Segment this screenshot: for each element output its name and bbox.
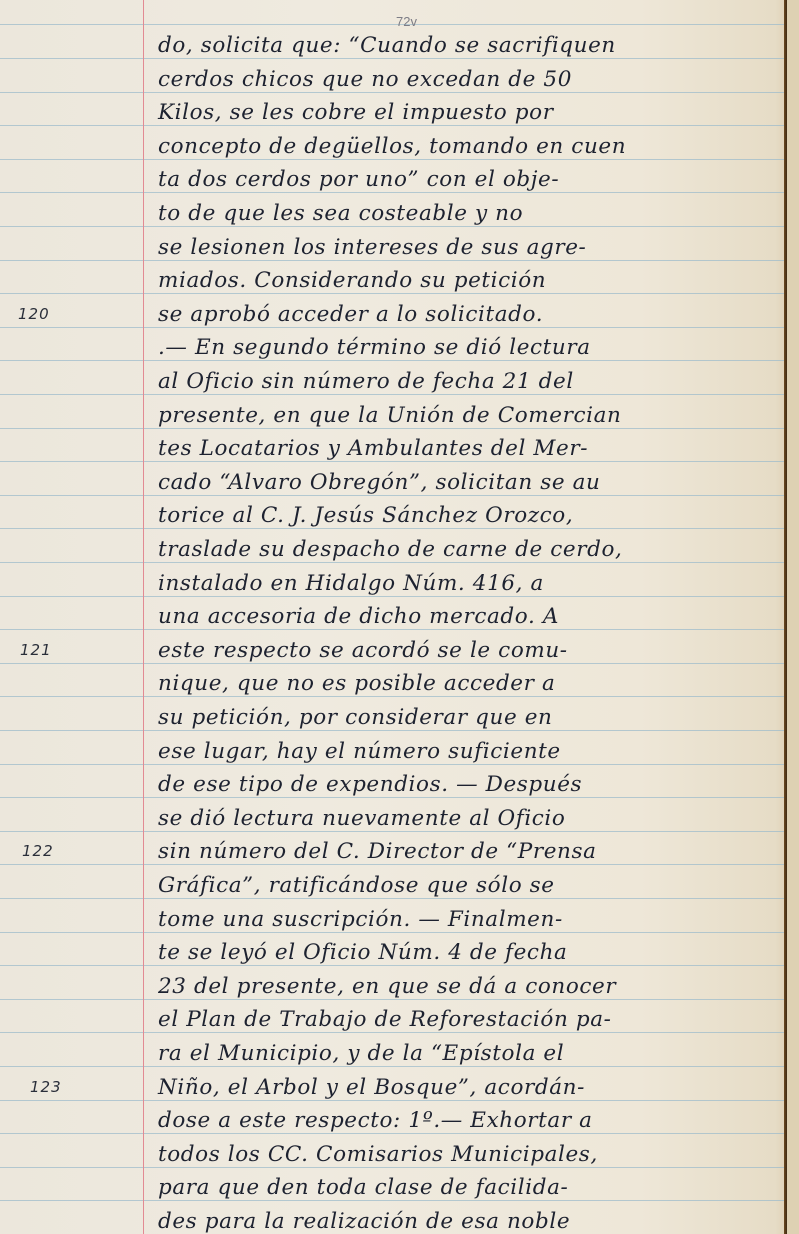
manuscript-line: todos los CC. Comisarios Municipales, bbox=[158, 1143, 783, 1167]
manuscript-line: tes Locatarios y Ambulantes del Mer- bbox=[158, 437, 783, 461]
margin-entry-number: 122 bbox=[22, 842, 54, 860]
manuscript-line: este respecto se acordó se le comu- bbox=[158, 639, 783, 663]
manuscript-line: al Oficio sin número de fecha 21 del bbox=[158, 370, 783, 394]
ruled-line bbox=[0, 159, 784, 160]
ruled-line bbox=[0, 797, 784, 798]
margin-entry-number: 120 bbox=[18, 305, 50, 323]
ruled-line bbox=[0, 58, 784, 59]
ruled-line bbox=[0, 965, 784, 966]
manuscript-line: traslade su despacho de carne de cerdo, bbox=[158, 538, 783, 562]
ruled-line bbox=[0, 730, 784, 731]
ruled-line bbox=[0, 562, 784, 563]
ruled-line bbox=[0, 663, 784, 664]
manuscript-line: miados. Considerando su petición bbox=[158, 269, 783, 293]
ruled-line bbox=[0, 125, 784, 126]
manuscript-line: tome una suscripción. — Finalmen- bbox=[158, 908, 783, 932]
manuscript-line: ta dos cerdos por uno” con el obje- bbox=[158, 168, 783, 192]
margin-entry-number: 121 bbox=[20, 641, 52, 659]
folio-number: 72v bbox=[396, 14, 417, 29]
ruled-line bbox=[0, 495, 784, 496]
ruled-line bbox=[0, 864, 784, 865]
manuscript-line: dose a este respecto: 1º.— Exhortar a bbox=[158, 1109, 783, 1133]
ruled-line bbox=[0, 327, 784, 328]
red-margin-line bbox=[143, 0, 144, 1234]
manuscript-line: el Plan de Trabajo de Reforestación pa- bbox=[158, 1008, 783, 1032]
ruled-line bbox=[0, 1066, 784, 1067]
ruled-line bbox=[0, 898, 784, 899]
ruled-line bbox=[0, 1167, 784, 1168]
ruled-line bbox=[0, 629, 784, 630]
manuscript-line: .— En segundo término se dió lectura bbox=[158, 336, 783, 360]
ruled-line bbox=[0, 696, 784, 697]
ruled-line bbox=[0, 293, 784, 294]
ruled-line bbox=[0, 92, 784, 93]
manuscript-line: presente, en que la Unión de Comercian bbox=[158, 404, 783, 428]
ruled-line bbox=[0, 932, 784, 933]
ruled-line bbox=[0, 260, 784, 261]
ruled-line bbox=[0, 764, 784, 765]
manuscript-line: de ese tipo de expendios. — Después bbox=[158, 773, 783, 797]
manuscript-line: Gráfica”, ratificándose que sólo se bbox=[158, 874, 783, 898]
manuscript-line: Niño, el Arbol y el Bosque”, acordán- bbox=[158, 1076, 783, 1100]
manuscript-line: ese lugar, hay el número suficiente bbox=[158, 740, 783, 764]
manuscript-line: concepto de degüellos, tomando en cuen bbox=[158, 135, 783, 159]
ruled-line bbox=[0, 1133, 784, 1134]
ledger-page: 72v 120121122123 do, solicita que: “Cuan… bbox=[0, 0, 799, 1234]
ruled-line bbox=[0, 461, 784, 462]
facing-page-edge bbox=[787, 0, 799, 1234]
ruled-line bbox=[0, 831, 784, 832]
manuscript-line: cado “Alvaro Obregón”, solicitan se au bbox=[158, 471, 783, 495]
ruled-line bbox=[0, 394, 784, 395]
manuscript-line: torice al C. J. Jesús Sánchez Orozco, bbox=[158, 504, 783, 528]
ruled-line bbox=[0, 24, 784, 25]
ruled-line bbox=[0, 596, 784, 597]
manuscript-line: instalado en Hidalgo Núm. 416, a bbox=[158, 572, 783, 596]
manuscript-line: nique, que no es posible acceder a bbox=[158, 672, 783, 696]
manuscript-line: Kilos, se les cobre el impuesto por bbox=[158, 101, 783, 125]
manuscript-line: se dió lectura nuevamente al Oficio bbox=[158, 807, 783, 831]
manuscript-line: una accesoria de dicho mercado. A bbox=[158, 605, 783, 629]
ruled-line bbox=[0, 226, 784, 227]
manuscript-line: para que den toda clase de facilida- bbox=[158, 1176, 783, 1200]
ruled-line bbox=[0, 1032, 784, 1033]
manuscript-line: 23 del presente, en que se dá a conocer bbox=[158, 975, 783, 999]
manuscript-line: cerdos chicos que no excedan de 50 bbox=[158, 68, 783, 92]
manuscript-line: sin número del C. Director de “Prensa bbox=[158, 840, 783, 864]
manuscript-line: se lesionen los intereses de sus agre- bbox=[158, 236, 783, 260]
ruled-line bbox=[0, 428, 784, 429]
manuscript-line: des para la realización de esa noble bbox=[158, 1210, 783, 1234]
manuscript-line: te se leyó el Oficio Núm. 4 de fecha bbox=[158, 941, 783, 965]
ruled-line bbox=[0, 528, 784, 529]
manuscript-line: se aprobó acceder a lo solicitado. bbox=[158, 303, 783, 327]
margin-entry-number: 123 bbox=[30, 1078, 62, 1096]
ruled-line bbox=[0, 1100, 784, 1101]
manuscript-line: do, solicita que: “Cuando se sacrifiquen bbox=[158, 34, 783, 58]
ruled-line bbox=[0, 1200, 784, 1201]
manuscript-line: su petición, por considerar que en bbox=[158, 706, 783, 730]
ruled-line bbox=[0, 360, 784, 361]
manuscript-line: to de que les sea costeable y no bbox=[158, 202, 783, 226]
ruled-line bbox=[0, 999, 784, 1000]
manuscript-line: ra el Municipio, y de la “Epístola el bbox=[158, 1042, 783, 1066]
ruled-line bbox=[0, 192, 784, 193]
